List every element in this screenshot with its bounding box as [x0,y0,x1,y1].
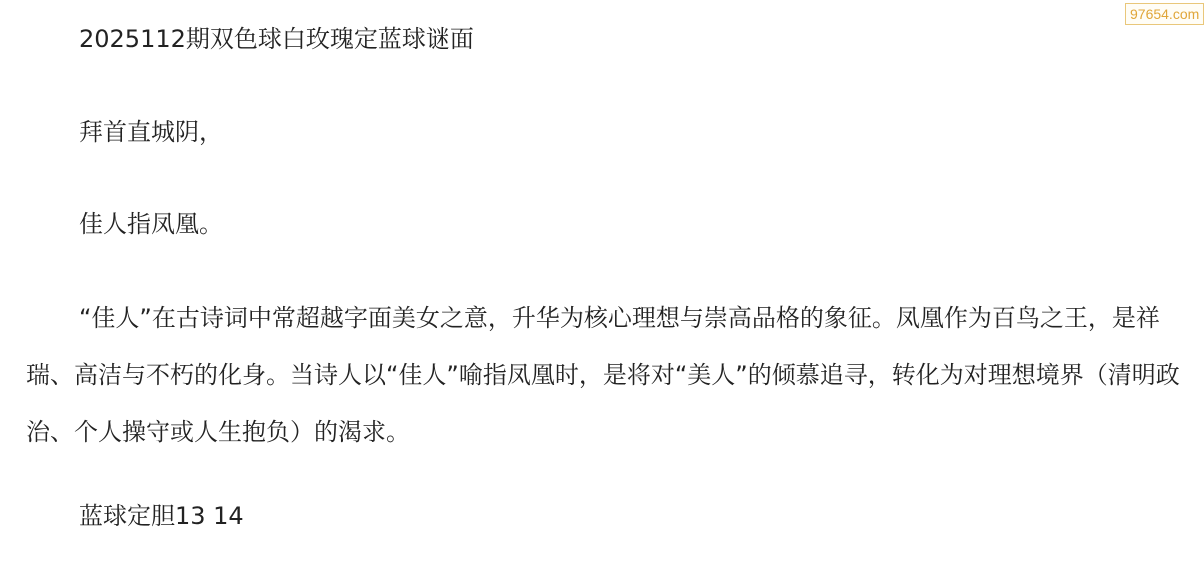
riddle-line-2: 佳人指凤凰。 [26,200,1186,248]
riddle-line-1: 拜首直城阴， [26,108,1186,156]
blue-ball-pick: 蓝球定胆13 14 [26,492,1186,540]
article-title: 2025112期双色球白玫瑰定蓝球谜面 [26,15,1186,63]
explanation-paragraph: “佳人”在古诗词中常超越字面美女之意，升华为核心理想与崇高品格的象征。凤凰作为百… [26,290,1186,461]
